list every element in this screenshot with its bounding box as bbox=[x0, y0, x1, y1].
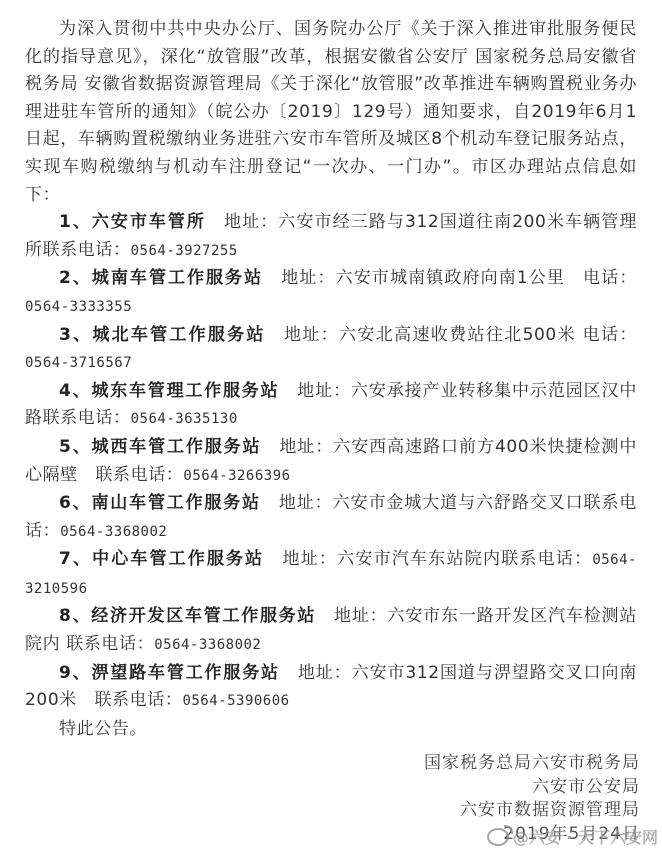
station-name: 6、南山车管工作服务站 bbox=[59, 493, 261, 513]
station-phone: 0564-5390606 bbox=[182, 693, 289, 709]
station-name: 1、六安市车管所 bbox=[59, 212, 206, 232]
station-name: 3、城北车管工作服务站 bbox=[59, 325, 266, 345]
signature-org-police: 六安市公安局 bbox=[424, 776, 640, 800]
notice-body: 为深入贯彻中共中央办公厅、国务院办公厅《关于深入推进审批服务便民化的指导意见》，… bbox=[25, 16, 637, 743]
signature-org-tax: 国家税务总局六安市税务局 bbox=[424, 752, 640, 776]
station-phone: 0564-3635130 bbox=[131, 411, 238, 427]
station-item: 2、城南车管工作服务站 地址：六安市城南镇政府向南1公里 电话：0564-333… bbox=[25, 265, 637, 321]
station-item: 8、经济开发区车管工作服务站 地址：六安市东一路开发区汽车检测站院内 联系电话：… bbox=[25, 603, 637, 659]
station-phone: 0564-3368002 bbox=[154, 637, 261, 653]
station-name: 9、淠望路车管工作服务站 bbox=[59, 663, 280, 683]
station-item: 9、淠望路车管工作服务站 地址：六安市312国道与淠望路交叉口向南200米 联系… bbox=[25, 660, 637, 716]
station-phone: 0564-3333355 bbox=[25, 299, 132, 315]
station-item: 3、城北车管工作服务站 地址：六安北高速收费站往北500米 电话：0564-37… bbox=[25, 322, 637, 378]
station-name: 2、城南车管工作服务站 bbox=[59, 268, 263, 288]
weibo-watermark: @六安 · 天下六安网 bbox=[487, 825, 658, 848]
station-name: 4、城东车管理工作服务站 bbox=[59, 381, 279, 401]
station-name: 5、城西车管工作服务站 bbox=[59, 437, 261, 457]
station-item: 7、中心车管工作服务站 地址：六安市汽车东站院内联系电话：0564-321059… bbox=[25, 546, 637, 603]
station-detail: 地址：六安市城南镇政府向南1公里 电话： bbox=[263, 268, 637, 288]
closing-text: 特此公告。 bbox=[25, 716, 637, 744]
station-item: 4、城东车管理工作服务站 地址：六安承接产业转移集中示范园区汉中路联系电话：05… bbox=[25, 378, 637, 434]
station-detail: 地址：六安市汽车东站院内联系电话： bbox=[264, 549, 592, 569]
station-item: 1、六安市车管所 地址：六安市经三路与312国道往南200米车辆管理所联系电话：… bbox=[25, 209, 637, 265]
watermark-text: @六安 · 天下六安网 bbox=[513, 825, 658, 848]
station-item: 5、城西车管工作服务站 地址：六安西高速路口前方400米快捷检测中心隔壁 联系电… bbox=[25, 434, 637, 490]
station-name: 7、中心车管工作服务站 bbox=[59, 549, 264, 569]
signature-org-data: 六安市数据资源管理局 bbox=[424, 799, 640, 823]
weibo-icon bbox=[487, 828, 509, 846]
intro-paragraph: 为深入贯彻中共中央办公厅、国务院办公厅《关于深入推进审批服务便民化的指导意见》，… bbox=[25, 16, 637, 209]
station-phone: 0564-3266396 bbox=[183, 468, 290, 484]
station-item: 6、南山车管工作服务站 地址：六安市金城大道与六舒路交叉口联系电话：0564-3… bbox=[25, 490, 637, 546]
station-phone: 0564-3927255 bbox=[131, 243, 238, 259]
station-name: 8、经济开发区车管工作服务站 bbox=[59, 606, 316, 626]
station-phone: 0564-3368002 bbox=[60, 524, 167, 540]
station-phone: 0564-3716567 bbox=[25, 355, 132, 371]
station-detail: 地址：六安北高速收费站往北500米 电话： bbox=[266, 325, 637, 345]
